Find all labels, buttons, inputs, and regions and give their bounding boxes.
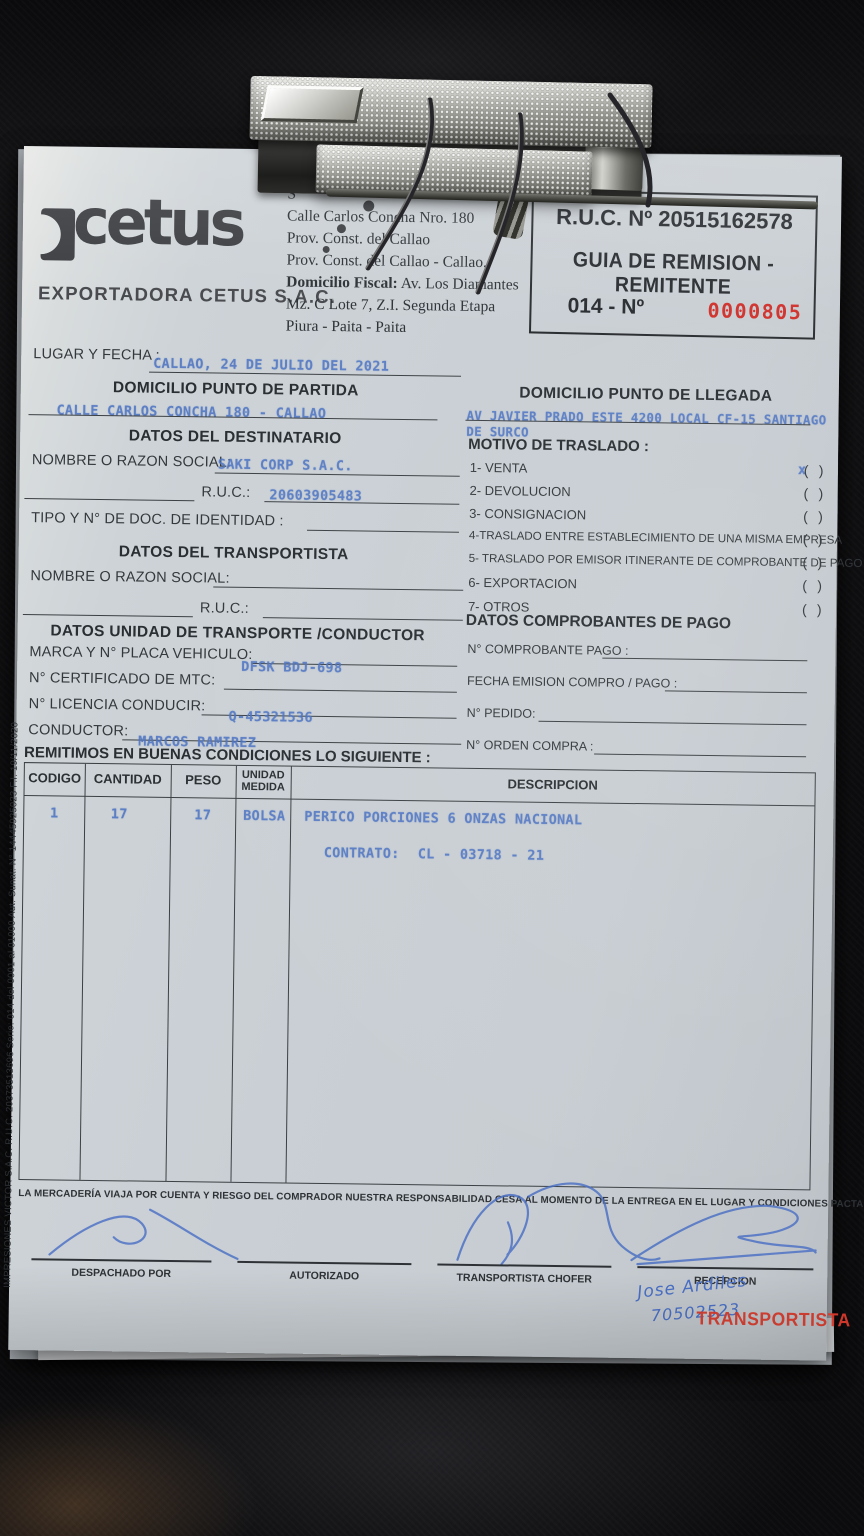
destinatario-title: DATOS DEL DESTINATARIO <box>20 426 450 450</box>
signature-line <box>237 1261 411 1265</box>
col-header-peso: PESO <box>171 772 236 788</box>
address-line: Domicilio Fiscal: Av. Los Diamantes <box>286 271 519 296</box>
clipboard-clip-bar <box>249 76 652 148</box>
col-header-descripcion: DESCRIPCION <box>291 774 815 796</box>
fill-line <box>224 689 457 693</box>
comprobantes-title: DATOS COMPROBANTES DE PAGO <box>466 612 731 633</box>
table-grid-line <box>230 766 236 1182</box>
destinatario-nombre-value: SAKI CORP S.A.C. <box>218 457 353 475</box>
unidad-line1: UNIDAD <box>236 769 291 782</box>
fill-line <box>665 690 807 693</box>
fill-line <box>307 530 459 533</box>
motivo-item: 6- EXPORTACION <box>468 575 577 591</box>
clip-lever-window <box>261 85 364 123</box>
comprobante-pago-label: N° COMPROBANTE PAGO : <box>467 642 628 658</box>
ruc-box: R.U.C. Nº 20515162578 GUIA DE REMISION -… <box>529 189 818 339</box>
cetus-logo-text: cetus <box>73 184 243 261</box>
fill-line <box>215 473 460 477</box>
destinatario-nombre-label: NOMBRE O RAZON SOCIAL: <box>32 452 232 471</box>
document-title: GUIA DE REMISION - REMITENTE <box>542 248 805 302</box>
paren-close: ) <box>817 577 822 593</box>
paren-close: ) <box>818 508 823 524</box>
paren-close: ) <box>818 554 823 570</box>
unidad-line2: MEDIDA <box>236 781 291 794</box>
fill-line <box>594 754 806 758</box>
signature-line <box>31 1258 211 1262</box>
cetus-fish-icon <box>41 208 76 260</box>
paren-close: ) <box>817 601 822 617</box>
fecha-emision-label: FECHA EMISION COMPRO / PAGO : <box>467 674 677 691</box>
cell-unidad: BOLSA <box>235 808 293 825</box>
llegada-title: DOMICILIO PUNTO DE LLEGADA <box>476 384 816 406</box>
printer-imprint-text: IMPRESIONES VICTOR S.A.C. R.U.C. 2037351… <box>1 722 19 1288</box>
cell-peso: 17 <box>170 807 235 824</box>
motivo-item: 3- CONSIGNACION <box>469 506 586 523</box>
table-grid-line <box>165 765 171 1181</box>
fill-line <box>213 587 463 591</box>
motivo-title: MOTIVO DE TRASLADO : <box>468 436 649 455</box>
paren-open: ( <box>802 601 807 617</box>
signature-chofer <box>501 1222 512 1264</box>
motivo-item: 1- VENTA <box>470 460 528 476</box>
address-line: Prov. Const. del Callao <box>287 227 431 251</box>
contrato-label: CONTRATO: <box>324 845 400 862</box>
paren-close: ) <box>818 531 823 547</box>
licencia-label: N° LICENCIA CONDUCIR: <box>29 696 206 714</box>
partida-value: CALLE CARLOS CONCHA 180 - CALLAO <box>56 402 326 422</box>
signature-label-autorizado: AUTORIZADO <box>237 1269 411 1283</box>
address-line: Calle Carlos Concha Nro. 180 <box>287 205 475 229</box>
address-line: Mz. C Lote 7, Z.I. Segunda Etapa <box>286 293 495 318</box>
pedido-label: N° PEDIDO: <box>467 706 536 721</box>
destinatario-ruc-label: R.U.C.: <box>201 484 250 501</box>
transportista-title: DATOS DEL TRANSPORTISTA <box>19 542 449 566</box>
guia-folio-number: 0000805 <box>707 298 802 324</box>
motivo-item: 2- DEVOLUCION <box>469 483 570 499</box>
signature-label-despachado: DESPACHADO POR <box>31 1266 211 1280</box>
paren-open: ( <box>802 577 807 593</box>
paren-open: ( <box>803 554 808 570</box>
marca-placa-value: DFSK BDJ-698 <box>241 659 342 676</box>
table-grid-line <box>79 764 85 1180</box>
transportista-stamp: TRANSPORTISTA <box>696 1308 851 1332</box>
cell-cantidad: 17 <box>84 806 154 823</box>
signature-line <box>437 1264 611 1268</box>
col-header-codigo: CODIGO <box>25 770 85 786</box>
lugar-fecha-label: LUGAR Y FECHA : <box>33 346 160 364</box>
unidad-title: DATOS UNIDAD DE TRANSPORTE /CONDUCTOR <box>18 622 458 646</box>
partida-title: DOMICILIO PUNTO DE PARTIDA <box>21 378 451 402</box>
disclaimer-text: LA MERCADERÍA VIAJA POR CUENTA Y RIESGO … <box>18 1188 864 1210</box>
certificado-mtc-label: N° CERTIFICADO DE MTC: <box>29 670 216 688</box>
signature-recepcion <box>631 1204 816 1266</box>
signature-line <box>637 1266 813 1270</box>
domicilio-fiscal-value: Av. Los Diamantes <box>398 275 519 294</box>
transportista-ruc-label: R.U.C.: <box>200 600 249 617</box>
licencia-value: Q-45321536 <box>228 709 312 726</box>
table-header-separator <box>24 795 814 806</box>
transportista-nombre-label: NOMBRE O RAZON SOCIAL: <box>30 568 230 587</box>
paren-open: ( <box>803 485 808 501</box>
domicilio-fiscal-label: Domicilio Fiscal: <box>286 273 398 291</box>
paren-open: ( <box>803 531 808 547</box>
cell-descripcion: PERICO PORCIONES 6 ONZAS NACIONAL <box>304 809 582 829</box>
paren-open: ( <box>803 508 808 524</box>
paren-close: ) <box>818 485 823 501</box>
fill-line <box>23 614 193 617</box>
contrato-value: CL - 03718 - 21 <box>418 846 545 864</box>
table-grid-line <box>285 767 291 1183</box>
col-header-unidad-medida: UNIDAD MEDIDA <box>236 769 291 794</box>
fill-line <box>602 658 807 662</box>
paren-open: ( <box>804 462 809 478</box>
conductor-label: CONDUCTOR: <box>28 722 128 739</box>
address-line: Prov. Const. del Callao - Callao. <box>286 249 487 274</box>
cell-codigo: 1 <box>24 805 84 822</box>
col-header-cantidad: CANTIDAD <box>85 771 171 787</box>
series-number: 014 - Nº <box>567 294 644 320</box>
paren-close: ) <box>819 462 824 478</box>
doc-identidad-label: TIPO Y N° DE DOC. DE IDENTIDAD : <box>31 510 284 529</box>
signature-label-chofer: TRANSPORTISTA CHOFER <box>437 1272 611 1286</box>
guia-remision-document: cetus EXPORTADORA CETUS S.A.C. C S Calle… <box>8 146 842 1361</box>
address-line: Piura - Paita - Paita <box>286 315 407 339</box>
signature-despachado <box>49 1208 238 1258</box>
fill-line <box>263 617 463 621</box>
orden-compra-label: N° ORDEN COMPRA : <box>466 738 593 754</box>
motivo-item: 4-TRASLADO ENTRE ESTABLECIMIENTO DE UNA … <box>469 529 842 547</box>
marca-placa-label: MARCA Y N° PLACA VEHICULO: <box>29 644 252 663</box>
items-table: CODIGO CANTIDAD PESO UNIDAD MEDIDA DESCR… <box>18 762 815 1190</box>
fill-line <box>539 721 807 726</box>
fill-line <box>24 498 194 501</box>
